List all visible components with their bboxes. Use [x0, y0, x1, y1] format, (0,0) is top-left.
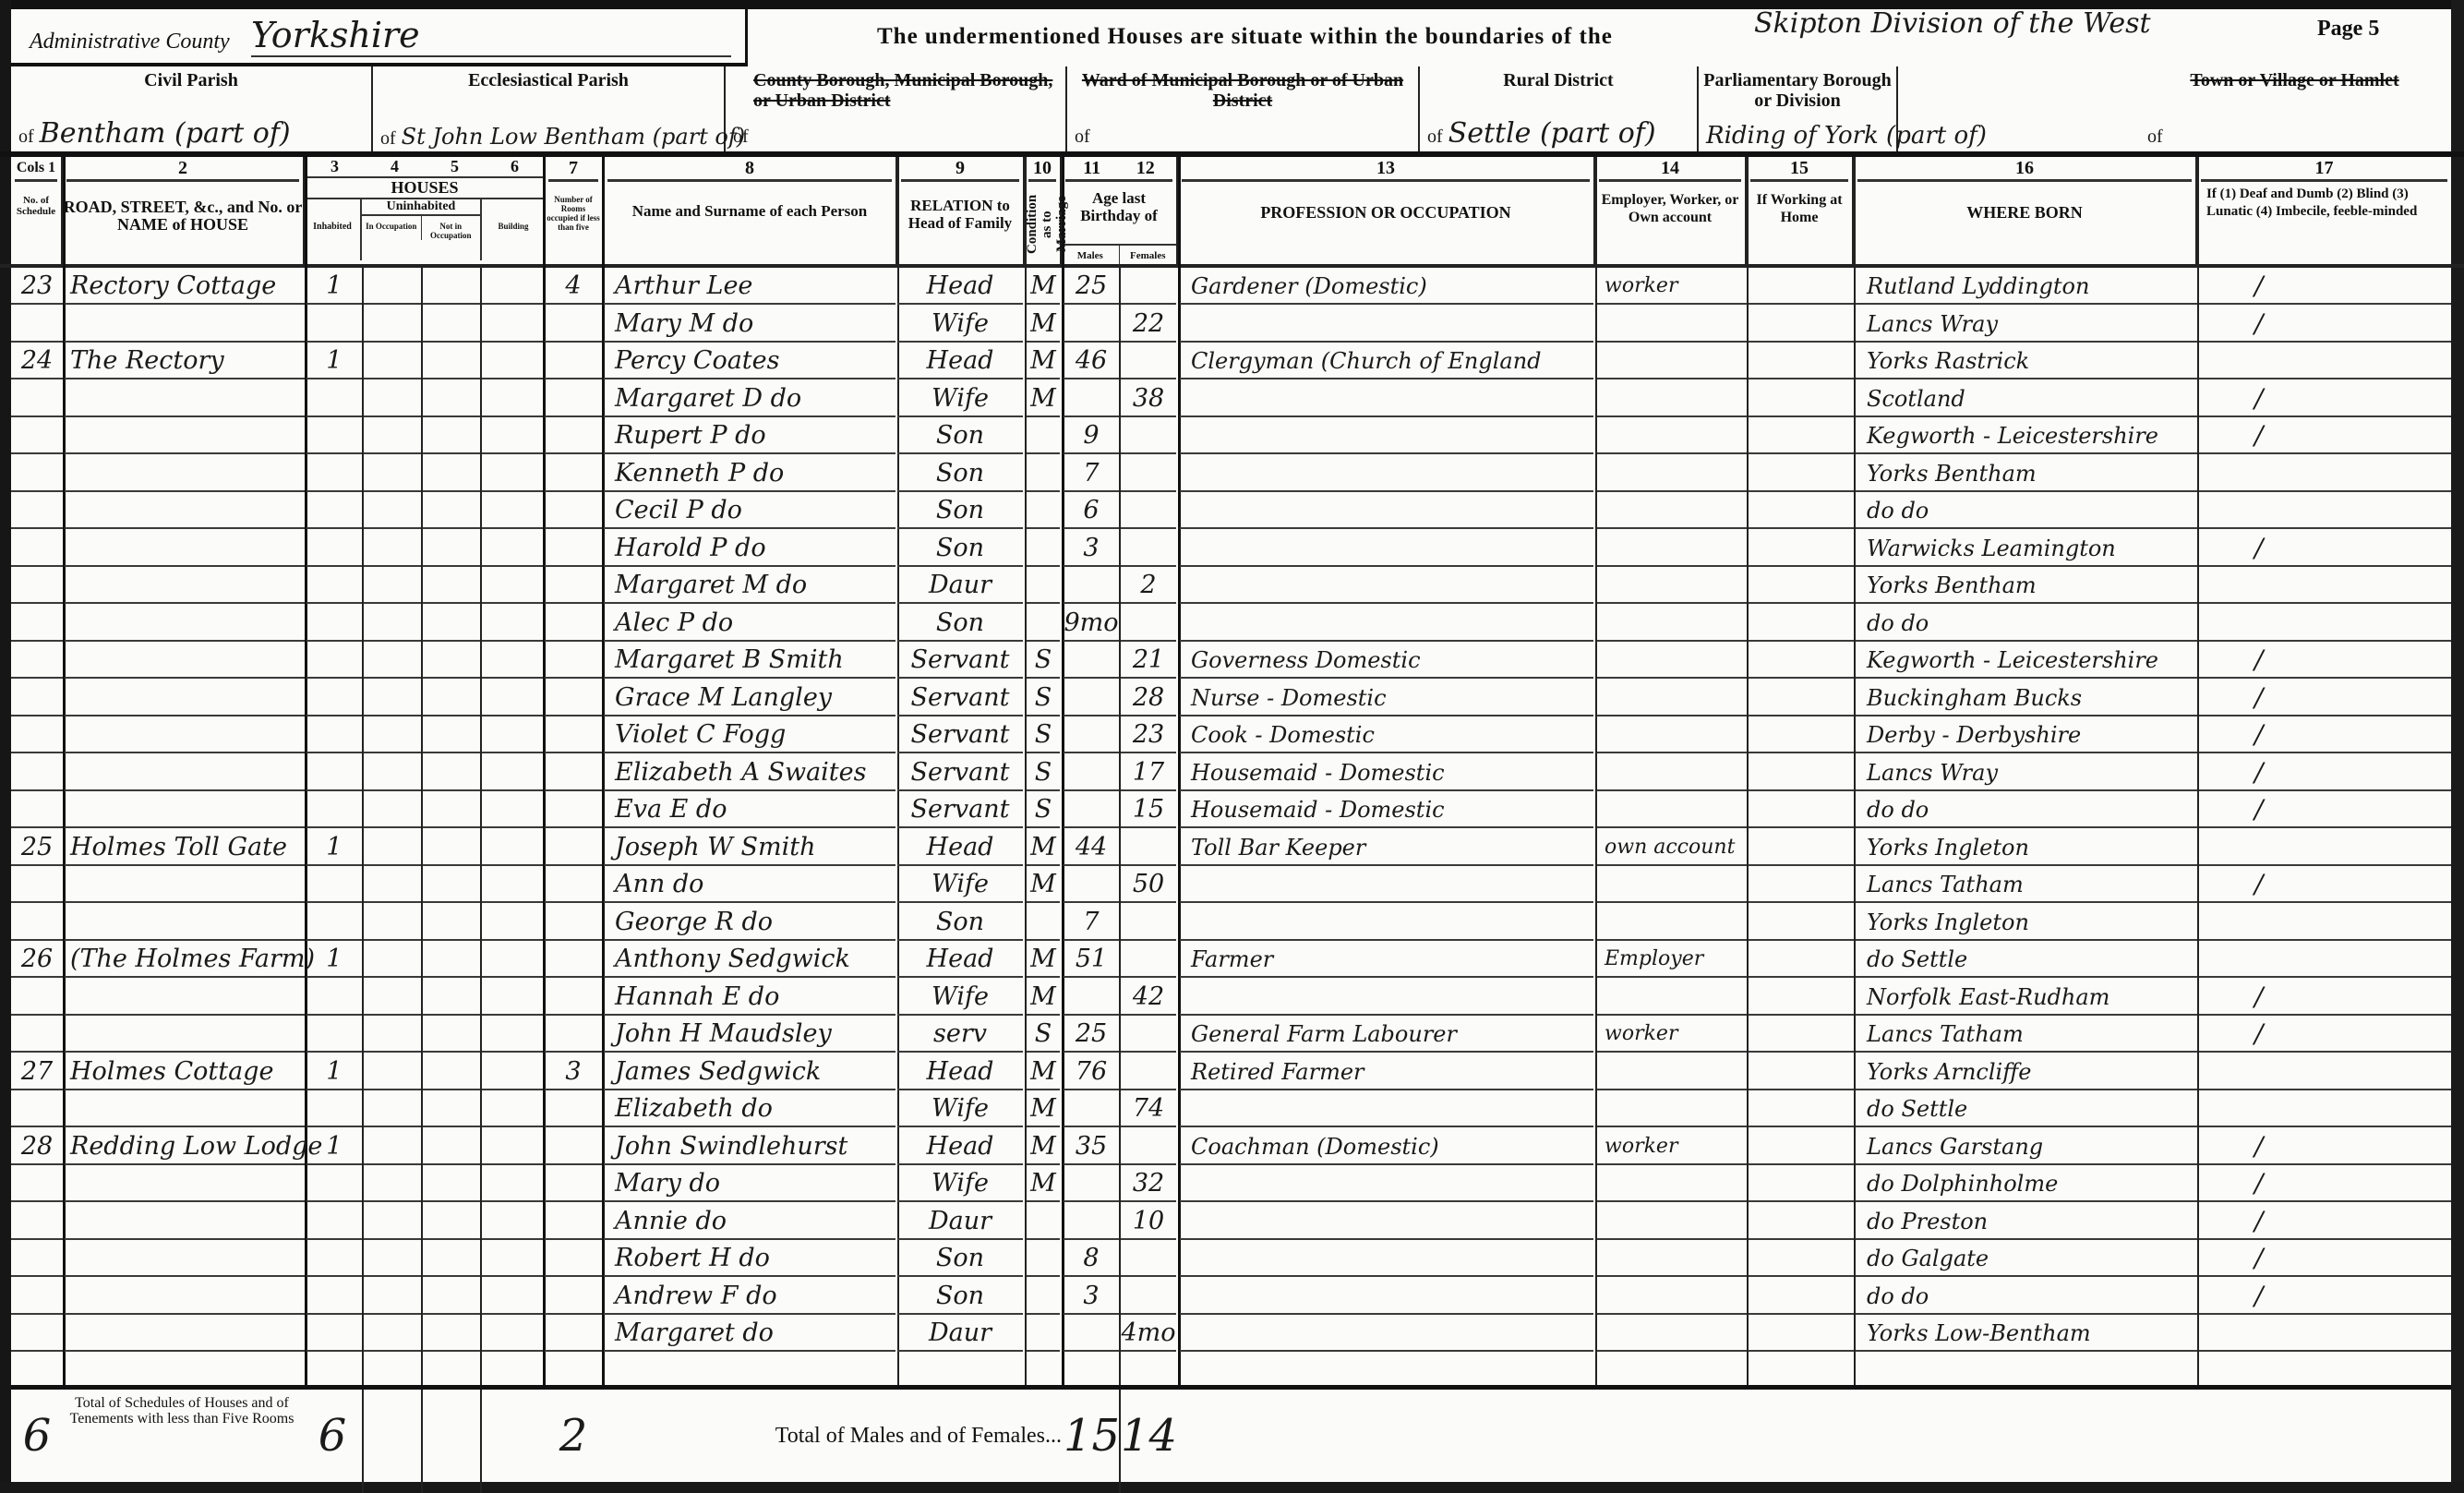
infirmity-mark: /: [2199, 417, 2451, 454]
not-in-occupation: [423, 904, 480, 941]
county-borough-label: County Borough, Municipal Borough, or Ur…: [726, 70, 1065, 111]
in-occupation: [364, 1165, 421, 1202]
schedule-number: [11, 680, 63, 716]
working-at-home: [1749, 904, 1854, 941]
infirmity-mark: /: [2199, 530, 2451, 567]
working-at-home: [1749, 791, 1854, 828]
in-occupation: [364, 343, 421, 379]
schedule-number: [11, 492, 63, 529]
schedule-number: [11, 567, 63, 604]
schedule-number: 23: [11, 268, 63, 305]
working-at-home: [1749, 530, 1854, 567]
building: [482, 455, 543, 492]
male-age: [1064, 716, 1119, 753]
ecclesiastical-parish-field: Ecclesiastical Parish ofSt John Low Bent…: [373, 66, 726, 153]
civil-parish-label: Civil Parish: [11, 70, 371, 90]
table-row: Rupert P do Son 9 Kegworth - Leicestersh…: [11, 417, 2451, 454]
building: [482, 866, 543, 903]
male-age: 9mo: [1064, 605, 1119, 642]
infirmity-mark: [2199, 1054, 2451, 1090]
marital-condition: M: [1027, 1090, 1060, 1127]
marital-condition: M: [1027, 1054, 1060, 1090]
infirmity-mark: /: [2199, 306, 2451, 343]
birthplace: Lancs Tatham: [1856, 1016, 2197, 1053]
totals-divider: [11, 1385, 2451, 1390]
rooms-count: [545, 1128, 602, 1165]
employment-status: [1597, 904, 1747, 941]
total-schedules-label: Total of Schedules of Houses and of Tene…: [66, 1390, 297, 1487]
person-name: Eva E do: [604, 791, 895, 828]
house-name: [65, 904, 305, 941]
marital-condition: [1027, 904, 1060, 941]
building: [482, 306, 543, 343]
in-occupation: [364, 1128, 421, 1165]
female-age: [1121, 1128, 1176, 1165]
building: [482, 1054, 543, 1090]
not-in-occupation: [423, 530, 480, 567]
building: [482, 1240, 543, 1277]
building: [482, 1128, 543, 1165]
schedule-number: [11, 1016, 63, 1053]
inhabited-count: [306, 754, 362, 791]
house-name: [65, 530, 305, 567]
rooms-count: [545, 1315, 602, 1352]
employment-status: worker: [1597, 1128, 1747, 1165]
census-page: Administrative County Yorkshire The unde…: [0, 0, 2464, 1493]
house-name: Holmes Toll Gate: [65, 829, 305, 866]
occupation: General Farm Labourer: [1180, 1016, 1593, 1053]
relation: Servant: [897, 754, 1023, 791]
female-age: 22: [1121, 306, 1176, 343]
birthplace: Kegworth - Leicestershire: [1856, 642, 2197, 679]
occupation: [1180, 1165, 1593, 1202]
relation: serv: [897, 1016, 1023, 1053]
working-at-home: [1749, 380, 1854, 417]
marital-condition: S: [1027, 1016, 1060, 1053]
table-row: Hannah E do Wife M 42 Norfolk East-Rudha…: [11, 979, 2451, 1016]
person-name: Margaret do: [604, 1315, 895, 1352]
building: [482, 754, 543, 791]
birthplace: do Dolphinholme: [1856, 1165, 2197, 1202]
table-row: Andrew F do Son 3 do do /: [11, 1278, 2451, 1315]
page-number: Page 5: [2317, 17, 2379, 42]
rooms-count: [545, 1016, 602, 1053]
person-name: Arthur Lee: [604, 268, 895, 305]
in-occupation: [364, 680, 421, 716]
male-age: 7: [1064, 904, 1119, 941]
not-in-occupation: [423, 380, 480, 417]
male-age: 9: [1064, 417, 1119, 454]
table-row: 26 (The Holmes Farm) 1 Anthony Sedgwick …: [11, 941, 2451, 978]
not-in-occupation: [423, 455, 480, 492]
not-in-occupation: [423, 605, 480, 642]
birthplace: Yorks Bentham: [1856, 455, 2197, 492]
building: [482, 530, 543, 567]
table-row: Mary M do Wife M 22 Lancs Wray /: [11, 306, 2451, 343]
occupation: Retired Farmer: [1180, 1054, 1593, 1090]
table-row: 23 Rectory Cottage 1 4 Arthur Lee Head M…: [11, 268, 2451, 305]
working-at-home: [1749, 716, 1854, 753]
relation: Son: [897, 904, 1023, 941]
boundaries-notice-value: Skipton Division of the West: [1754, 7, 2151, 40]
working-at-home: [1749, 1128, 1854, 1165]
occupation: [1180, 979, 1593, 1016]
infirmity-mark: /: [2199, 1128, 2451, 1165]
administrative-county-label: Administrative County: [30, 30, 230, 54]
person-name: Alec P do: [604, 605, 895, 642]
boundaries-notice: The undermentioned Houses are situate wi…: [877, 24, 1613, 50]
infirmity-mark: /: [2199, 1278, 2451, 1315]
occupation: Housemaid - Domestic: [1180, 791, 1593, 828]
female-age: 23: [1121, 716, 1176, 753]
col-infirmity-header: 17 If (1) Deaf and Dumb (2) Blind (3) Lu…: [2197, 157, 2451, 266]
female-age: 32: [1121, 1165, 1176, 1202]
parliamentary-borough-field: Parliamentary Borough or Division Riding…: [1699, 66, 1898, 153]
schedule-number: 24: [11, 343, 63, 379]
house-name: [65, 1165, 305, 1202]
rooms-count: [545, 904, 602, 941]
schedule-number: [11, 306, 63, 343]
col-relation-header: 9 RELATION to Head of Family: [897, 157, 1025, 266]
relation: Head: [897, 941, 1023, 978]
male-age: 35: [1064, 1128, 1119, 1165]
inhabited-count: [306, 979, 362, 1016]
occupation: [1180, 530, 1593, 567]
occupation: [1180, 866, 1593, 903]
not-in-occupation: [423, 1240, 480, 1277]
rooms-count: [545, 380, 602, 417]
occupation: Farmer: [1180, 941, 1593, 978]
house-name: [65, 380, 305, 417]
employment-status: [1597, 455, 1747, 492]
working-at-home: [1749, 306, 1854, 343]
rooms-count: [545, 492, 602, 529]
relation: Servant: [897, 642, 1023, 679]
male-age: [1064, 642, 1119, 679]
infirmity-mark: /: [2199, 1240, 2451, 1277]
relation: Head: [897, 1054, 1023, 1090]
table-row: Elizabeth do Wife M 74 do Settle: [11, 1090, 2451, 1127]
female-age: [1121, 417, 1176, 454]
infirmity-mark: [2199, 455, 2451, 492]
inhabited-count: [306, 567, 362, 604]
male-age: [1064, 1315, 1119, 1352]
person-name: Ann do: [604, 866, 895, 903]
marital-condition: M: [1027, 941, 1060, 978]
employment-status: worker: [1597, 1016, 1747, 1053]
rooms-count: [545, 979, 602, 1016]
occupation: Cook - Domestic: [1180, 716, 1593, 753]
male-age: 7: [1064, 455, 1119, 492]
table-row: Eva E do Servant S 15 Housemaid - Domest…: [11, 791, 2451, 828]
not-in-occupation: [423, 1278, 480, 1315]
rooms-count: [545, 1203, 602, 1240]
not-in-occupation: [423, 1315, 480, 1352]
infirmity-mark: [2199, 941, 2451, 978]
building: [482, 680, 543, 716]
employment-status: [1597, 791, 1747, 828]
col-condition-header: 10 Condition as to Marriage: [1025, 157, 1062, 266]
not-in-occupation: [423, 642, 480, 679]
schedule-number: [11, 1315, 63, 1352]
county-borough-value: of: [733, 117, 754, 150]
working-at-home: [1749, 268, 1854, 305]
relation: Head: [897, 268, 1023, 305]
relation: Wife: [897, 866, 1023, 903]
relation: Wife: [897, 1090, 1023, 1127]
relation: Son: [897, 417, 1023, 454]
table-row: Mary do Wife M 32 do Dolphinholme /: [11, 1165, 2451, 1202]
rural-district-field: Rural District ofSettle (part of): [1420, 66, 1699, 153]
schedule-number: 27: [11, 1054, 63, 1090]
employment-status: Employer: [1597, 941, 1747, 978]
birthplace: Lancs Wray: [1856, 754, 2197, 791]
occupation: [1180, 455, 1593, 492]
total-schedules: 6: [11, 1390, 63, 1482]
occupation: [1180, 1240, 1593, 1277]
birthplace: Derby - Derbyshire: [1856, 716, 2197, 753]
inhabited-count: [306, 716, 362, 753]
building: [482, 567, 543, 604]
ecclesiastical-parish-label: Ecclesiastical Parish: [373, 70, 724, 90]
house-name: [65, 1240, 305, 1277]
male-age: [1064, 1165, 1119, 1202]
col-schedule-header: Cols 1 No. of Schedule: [11, 157, 63, 266]
not-in-occupation: [423, 941, 480, 978]
building: [482, 642, 543, 679]
person-name: Hannah E do: [604, 979, 895, 1016]
infirmity-mark: [2199, 605, 2451, 642]
building: [482, 1278, 543, 1315]
table-row: Margaret M do Daur 2 Yorks Bentham: [11, 567, 2451, 604]
civil-parish-field: Civil Parish ofBentham (part of): [11, 66, 373, 153]
house-name: [65, 1278, 305, 1315]
in-occupation: [364, 306, 421, 343]
house-name: Redding Low Lodge: [65, 1128, 305, 1165]
col-employment-header: 14 Employer, Worker, or Own account: [1595, 157, 1747, 266]
working-at-home: [1749, 1240, 1854, 1277]
schedule-number: [11, 455, 63, 492]
infirmity-mark: [2199, 1090, 2451, 1127]
occupation: [1180, 1278, 1593, 1315]
inhabited-count: [306, 642, 362, 679]
not-in-occupation: [423, 791, 480, 828]
house-name: (The Holmes Farm): [65, 941, 305, 978]
frame-border-left: [0, 0, 11, 1493]
person-name: Cecil P do: [604, 492, 895, 529]
female-age: [1121, 1278, 1176, 1315]
inhabited-count: [306, 1278, 362, 1315]
working-at-home: [1749, 1054, 1854, 1090]
building: [482, 941, 543, 978]
rooms-count: [545, 716, 602, 753]
rooms-count: [545, 455, 602, 492]
total-females: 14: [1121, 1390, 1176, 1482]
rooms-count: [545, 1165, 602, 1202]
person-name: Grace M Langley: [604, 680, 895, 716]
birthplace: Yorks Ingleton: [1856, 829, 2197, 866]
birthplace: do do: [1856, 1278, 2197, 1315]
relation: Head: [897, 1128, 1023, 1165]
person-name: James Sedgwick: [604, 1054, 895, 1090]
male-age: 3: [1064, 1278, 1119, 1315]
not-in-occupation: [423, 716, 480, 753]
marital-condition: [1027, 605, 1060, 642]
civil-parish-value: ofBentham (part of): [18, 117, 291, 150]
occupation: [1180, 306, 1593, 343]
birthplace: do Galgate: [1856, 1240, 2197, 1277]
working-at-home: [1749, 455, 1854, 492]
table-row: Cecil P do Son 6 do do: [11, 492, 2451, 529]
building: [482, 268, 543, 305]
house-name: [65, 716, 305, 753]
working-at-home: [1749, 829, 1854, 866]
in-occupation: [364, 904, 421, 941]
female-age: [1121, 829, 1176, 866]
schedule-number: [11, 979, 63, 1016]
house-name: [65, 1315, 305, 1352]
in-occupation: [364, 380, 421, 417]
ward-label: Ward of Municipal Borough or of Urban Di…: [1067, 70, 1418, 111]
col-where-born-header: 16 WHERE BORN: [1854, 157, 2197, 266]
male-age: [1064, 1203, 1119, 1240]
occupation: [1180, 1315, 1593, 1352]
female-age: 28: [1121, 680, 1176, 716]
rooms-count: [545, 754, 602, 791]
building: [482, 829, 543, 866]
male-age: 3: [1064, 530, 1119, 567]
in-occupation: [364, 754, 421, 791]
male-age: 51: [1064, 941, 1119, 978]
infirmity-mark: [2199, 567, 2451, 604]
schedule-number: [11, 1203, 63, 1240]
employment-status: [1597, 605, 1747, 642]
occupation: [1180, 904, 1593, 941]
male-age: [1064, 866, 1119, 903]
town-village-label: Town or Village or Hamlet: [2138, 70, 2451, 90]
birthplace: Lancs Garstang: [1856, 1128, 2197, 1165]
male-age: [1064, 754, 1119, 791]
female-age: [1121, 492, 1176, 529]
birthplace: Yorks Ingleton: [1856, 904, 2197, 941]
rooms-count: [545, 791, 602, 828]
marital-condition: M: [1027, 306, 1060, 343]
ward-value: of: [1075, 117, 1096, 150]
relation: Head: [897, 829, 1023, 866]
rooms-count: [545, 567, 602, 604]
total-males-females-label: Total of Males and of Females...: [702, 1390, 1062, 1482]
occupation: Gardener (Domestic): [1180, 268, 1593, 305]
infirmity-mark: /: [2199, 1165, 2451, 1202]
birthplace: do Settle: [1856, 1090, 2197, 1127]
relation: Wife: [897, 979, 1023, 1016]
building: [482, 1016, 543, 1053]
inhabited-count: [306, 1315, 362, 1352]
rooms-count: 4: [545, 268, 602, 305]
houses-group-label: HOUSES: [305, 176, 545, 198]
in-occupation: [364, 979, 421, 1016]
female-age: 21: [1121, 642, 1176, 679]
birthplace: do do: [1856, 605, 2197, 642]
female-age: 2: [1121, 567, 1176, 604]
inhabited-count: [306, 417, 362, 454]
house-name: [65, 680, 305, 716]
schedule-number: [11, 1165, 63, 1202]
birthplace: Yorks Bentham: [1856, 567, 2197, 604]
not-in-occupation: [423, 680, 480, 716]
in-occupation: [364, 455, 421, 492]
in-occupation: [364, 941, 421, 978]
total-inhabited: 6: [305, 1390, 360, 1482]
occupation: [1180, 1090, 1593, 1127]
schedule-number: 28: [11, 1128, 63, 1165]
working-at-home: [1749, 567, 1854, 604]
building: [482, 979, 543, 1016]
male-age: [1064, 567, 1119, 604]
relation: Son: [897, 492, 1023, 529]
male-age: 46: [1064, 343, 1119, 379]
building: [482, 1203, 543, 1240]
house-name: [65, 306, 305, 343]
table-row: Harold P do Son 3 Warwicks Leamington /: [11, 530, 2451, 567]
birthplace: Lancs Tatham: [1856, 866, 2197, 903]
inhabited-count: [306, 306, 362, 343]
person-name: Mary M do: [604, 306, 895, 343]
house-name: [65, 979, 305, 1016]
relation: Head: [897, 343, 1023, 379]
female-age: [1121, 605, 1176, 642]
schedule-number: [11, 380, 63, 417]
inhabited-count: [306, 1203, 362, 1240]
not-in-occupation: [423, 754, 480, 791]
female-age: [1121, 530, 1176, 567]
person-name: Joseph W Smith: [604, 829, 895, 866]
administrative-county-value: Yorkshire: [251, 15, 731, 57]
working-at-home: [1749, 1315, 1854, 1352]
rooms-count: [545, 829, 602, 866]
parliamentary-borough-label: Parliamentary Borough or Division: [1699, 70, 1896, 111]
rooms-count: 3: [545, 1054, 602, 1090]
male-age: [1064, 791, 1119, 828]
male-age: [1064, 1090, 1119, 1127]
relation: Servant: [897, 680, 1023, 716]
in-occupation: [364, 1203, 421, 1240]
building: [482, 904, 543, 941]
col-name-header: 8 Name and Surname of each Person: [604, 157, 897, 266]
table-row: Ann do Wife M 50 Lancs Tatham /: [11, 866, 2451, 903]
house-name: [65, 455, 305, 492]
employment-status: [1597, 380, 1747, 417]
inhabited-count: 1: [306, 268, 362, 305]
working-at-home: [1749, 605, 1854, 642]
employment-status: [1597, 680, 1747, 716]
table-row: 24 The Rectory 1 Percy Coates Head M 46 …: [11, 343, 2451, 379]
rooms-count: [545, 306, 602, 343]
in-occupation: [364, 530, 421, 567]
birthplace: do Settle: [1856, 941, 2197, 978]
marital-condition: [1027, 530, 1060, 567]
schedule-number: 26: [11, 941, 63, 978]
ecclesiastical-parish-value: ofSt John Low Bentham (part of): [380, 124, 745, 150]
male-age: 8: [1064, 1240, 1119, 1277]
infirmity-mark: /: [2199, 716, 2451, 753]
marital-condition: M: [1027, 343, 1060, 379]
table-row: 27 Holmes Cottage 1 3 James Sedgwick Hea…: [11, 1054, 2451, 1090]
working-at-home: [1749, 1165, 1854, 1202]
table-row: Margaret do Daur 4mo Yorks Low-Bentham: [11, 1315, 2451, 1352]
infirmity-mark: /: [2199, 791, 2451, 828]
relation: Son: [897, 455, 1023, 492]
